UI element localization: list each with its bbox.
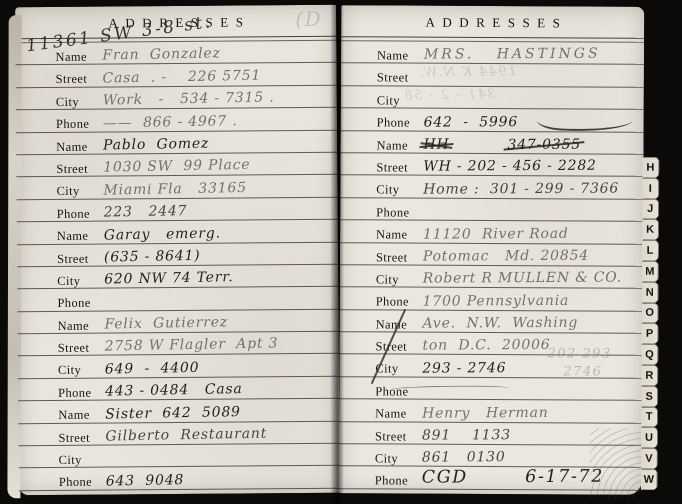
address-book-left-page: ADDRESSES NameFran GonzalezStreetCasa . …: [15, 5, 340, 496]
alphabet-tab-i: I: [642, 178, 659, 199]
handwritten-entry: WH - 202 - 456 - 2282: [423, 159, 596, 174]
alphabet-tab-u: U: [641, 427, 658, 448]
field-label-name: Name: [377, 138, 424, 153]
handwritten-entry: Gilberto Restaurant: [105, 427, 267, 444]
field-label-city: City: [377, 93, 424, 108]
field-label-phone: Phone: [57, 296, 104, 311]
handwritten-entry: CGD 6-17-72: [422, 469, 604, 487]
alphabet-tab-p: P: [642, 323, 659, 344]
field-label-phone: Phone: [57, 206, 104, 221]
handwritten-entry: 642 - 5996: [424, 115, 519, 129]
entry-row-street: StreetPotomac Md. 20854: [340, 243, 643, 267]
field-label-phone: Phone: [376, 295, 423, 310]
entry-row-phone: PhoneCGD 6-17-72: [339, 467, 642, 491]
field-label-street: Street: [376, 250, 423, 265]
handwritten-entry: Garay emerg.: [104, 226, 221, 242]
field-label-name: Name: [55, 50, 102, 65]
entry-row-name: NameGaray emerg.: [17, 220, 338, 245]
field-label-city: City: [56, 94, 103, 109]
alphabet-tab-n: N: [642, 282, 659, 303]
field-label-phone: Phone: [59, 475, 106, 490]
entry-row-name: NameHenry Herman: [339, 399, 642, 423]
handwritten-entry: 649 - 4400: [105, 361, 200, 377]
entry-row-city: City620 NW 74 Terr.: [17, 265, 338, 290]
alphabet-tab-t: T: [641, 406, 658, 427]
entry-row-city: CityMiami Fla 33165: [16, 175, 337, 200]
entry-row-city: City293 - 2746: [339, 355, 642, 379]
entry-row-phone: Phone—— 866 - 4967 .: [16, 108, 337, 133]
handwritten-entry: 347-0355: [507, 138, 581, 152]
alphabet-tab-s: S: [641, 386, 658, 407]
field-label-city: City: [56, 184, 103, 199]
entry-row-name: NameFran Gonzalez: [15, 41, 336, 66]
field-label-name: Name: [58, 408, 105, 423]
entry-row-phone: Phone643 9048: [19, 466, 340, 491]
field-label-name: Name: [58, 318, 105, 333]
alphabet-tab-h: H: [642, 157, 659, 178]
field-label-phone: Phone: [56, 117, 103, 132]
field-label-phone: Phone: [375, 474, 422, 489]
handwritten-entry: Work - 534 - 7315 .: [103, 91, 275, 108]
entry-row-street: Street891 1133: [339, 422, 642, 446]
entry-row-city: City: [341, 86, 644, 110]
field-label-phone: Phone: [377, 116, 424, 131]
address-book-right-page: ADDRESSES NameMRS. HASTINGSStreetCityPho…: [339, 5, 645, 495]
handwritten-entry: Fran Gonzalez: [102, 47, 221, 63]
entry-row-name: NameAve. N.W. Washing: [340, 310, 643, 334]
field-label-street: Street: [376, 160, 423, 175]
entry-row-phone: Phone443 - 0484 Casa: [18, 377, 339, 402]
field-label-phone: Phone: [376, 205, 423, 220]
left-page-entries: NameFran GonzalezStreetCasa . - 226 5751…: [15, 41, 340, 491]
alphabet-tab-r: R: [641, 365, 658, 386]
alphabet-tab-q: Q: [641, 344, 658, 365]
entry-row-city: City649 - 4400: [18, 354, 339, 379]
field-label-street: Street: [375, 339, 422, 354]
handwritten-entry: 2758 W Flagler Apt 3: [105, 337, 279, 354]
handwritten-entry: 223 2447: [104, 204, 188, 220]
entry-row-street: Street1030 SW 99 Place: [16, 153, 337, 178]
field-label-street: Street: [56, 162, 103, 177]
field-label-city: City: [375, 362, 422, 377]
handwritten-entry: 443 - 0484 Casa: [105, 382, 243, 399]
field-label-street: Street: [58, 430, 105, 445]
handwritten-entry: Potomac Md. 20854: [423, 249, 589, 264]
handwritten-entry: 643 9048: [106, 473, 185, 488]
handwritten-entry: 1700 Pennsylvania: [423, 294, 570, 309]
field-label-phone: Phone: [58, 385, 105, 400]
field-label-city: City: [58, 363, 105, 378]
entry-row-street: StreetCasa . - 226 5751: [16, 63, 337, 88]
handwritten-entry: 293 - 2746: [422, 361, 506, 375]
field-label-name: Name: [375, 407, 422, 422]
alphabet-tab-k: K: [642, 219, 659, 240]
handwritten-entry: 861 0130: [422, 451, 506, 465]
entry-row-city: City: [19, 444, 340, 469]
alphabet-tab-v: V: [641, 448, 658, 469]
field-label-street: Street: [58, 341, 105, 356]
entry-row-city: CityWork - 534 - 7315 .: [16, 86, 337, 111]
field-label-name: Name: [57, 229, 104, 244]
handwritten-entry: 891 1133: [422, 428, 511, 442]
entry-row-street: StreetGilberto Restaurant: [18, 421, 339, 446]
field-label-city: City: [57, 273, 104, 288]
handwritten-entry: Henry Herman: [422, 406, 549, 421]
entry-row-street: Street: [341, 64, 644, 88]
handwritten-entry: ton D.C. 20006: [422, 338, 550, 353]
handwritten-entry: 1030 SW 99 Place: [103, 158, 250, 175]
alphabet-tab-o: O: [642, 302, 659, 323]
addresses-header-right: ADDRESSES: [341, 5, 644, 32]
entry-row-city: City861 0130: [339, 444, 642, 468]
handwritten-entry: Pablo Gomez: [103, 137, 209, 153]
alphabet-tab-l: L: [642, 240, 659, 261]
entry-row-name: NameFelix Gutierrez: [17, 309, 338, 334]
field-label-name: Name: [56, 139, 103, 154]
field-label-city: City: [375, 451, 422, 466]
entry-row-name: NameHH347-0355: [341, 131, 644, 155]
field-label-city: City: [59, 453, 106, 468]
scanned-address-book: { "field_labels": { "name": "Name", "str…: [0, 0, 682, 504]
alphabet-tab-m: M: [642, 261, 659, 282]
handwritten-entry: —— 866 - 4967 .: [103, 114, 238, 130]
alphabet-tab-j: J: [642, 198, 659, 219]
entry-row-name: NamePablo Gomez: [16, 130, 337, 155]
addresses-header-left: ADDRESSES: [15, 5, 336, 33]
field-label-street: Street: [377, 71, 424, 86]
handwritten-entry: Casa . - 226 5751: [102, 68, 261, 85]
handwritten-entry: Sister 642 5089: [105, 405, 241, 421]
alphabet-tab-w: W: [641, 469, 658, 490]
field-label-city: City: [376, 272, 423, 287]
alphabet-tab-strip: HIJKLMNOPQRSTUVW: [641, 157, 660, 490]
entry-row-city: CityHome : 301 - 299 - 7366: [340, 176, 643, 200]
handwritten-entry: 620 NW 74 Terr.: [104, 271, 234, 287]
entry-row-city: CityRobert R MULLEN & CO.: [340, 265, 643, 289]
entry-row-name: NameMRS. HASTINGS: [341, 41, 644, 65]
entry-row-street: Street(635 - 8641): [17, 242, 338, 267]
handwritten-entry: 11120 River Road: [423, 226, 569, 241]
field-label-street: Street: [57, 251, 104, 266]
entry-row-phone: Phone: [17, 287, 338, 312]
handwritten-entry: Felix Gutierrez: [104, 315, 228, 331]
entry-row-name: NameSister 642 5089: [18, 399, 339, 424]
handwritten-entry: Robert R MULLEN & CO.: [423, 271, 622, 286]
handwritten-entry: HH: [423, 137, 449, 151]
field-label-city: City: [376, 183, 423, 198]
handwritten-entry: MRS. HASTINGS: [424, 47, 601, 62]
entry-row-phone: Phone223 2447: [17, 197, 338, 222]
right-page-entries: NameMRS. HASTINGSStreetCityPhone642 - 59…: [339, 41, 644, 490]
field-label-name: Name: [377, 48, 424, 63]
handwritten-entry: Ave. N.W. Washing: [423, 316, 579, 331]
field-label-name: Name: [376, 228, 423, 243]
handwritten-entry: (635 - 8641): [104, 249, 201, 265]
field-label-street: Street: [56, 72, 103, 87]
entry-row-street: Street2758 W Flagler Apt 3: [18, 332, 339, 357]
handwritten-entry: Miami Fla 33165: [103, 181, 247, 198]
entry-row-phone: Phone1700 Pennsylvania: [340, 288, 643, 312]
entry-row-name: Name11120 River Road: [340, 220, 643, 244]
entry-row-street: StreetWH - 202 - 456 - 2282: [340, 153, 643, 177]
field-label-street: Street: [375, 429, 422, 444]
entry-row-phone: Phone: [340, 198, 643, 222]
handwritten-entry: Home : 301 - 299 - 7366: [423, 181, 619, 196]
